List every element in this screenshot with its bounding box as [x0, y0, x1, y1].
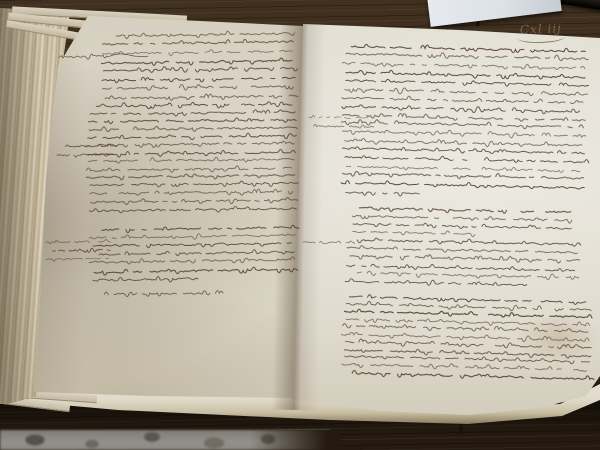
- floor-fade: [250, 430, 340, 450]
- folio-number-text: Cxl iij: [520, 21, 562, 36]
- folio-number: Cxl iij: [506, 21, 577, 44]
- manuscript-photo: Cxl iij: [0, 0, 600, 450]
- book-gutter: [272, 16, 326, 411]
